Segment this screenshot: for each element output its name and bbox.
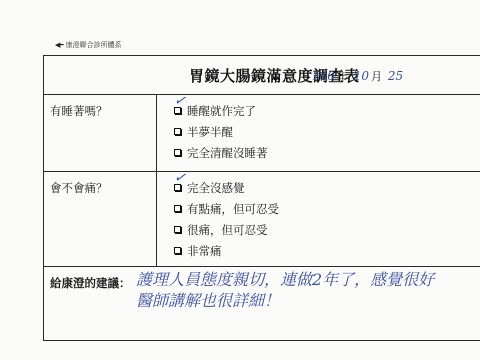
org-name: 康澄聯合診所體系	[66, 40, 122, 50]
column-divider	[156, 94, 157, 171]
option-label: 非常痛	[187, 243, 222, 259]
date-day-value[interactable]: 25	[388, 69, 403, 83]
option-item[interactable]: 非常痛	[174, 240, 279, 261]
question-label: 會不會痛？	[50, 180, 108, 196]
suggestion-row: 給康澄的建議： 護理人員態度親切，連做2年了，感覺很好 醫師講解也很詳細！	[44, 266, 480, 342]
option-label: 很痛，但可忍受	[187, 222, 268, 238]
option-label: 完全沒感覺	[187, 180, 245, 196]
options-list: ✓ 完全沒感覺 有點痛，但可忍受 很痛，但可忍受 非常痛	[174, 177, 279, 261]
option-label: 半夢半醒	[187, 124, 233, 140]
option-item[interactable]: 半夢半醒	[174, 121, 268, 142]
option-item[interactable]: 有點痛，但可忍受	[174, 198, 279, 219]
checkbox[interactable]	[174, 205, 181, 212]
date-year-unit: 年	[337, 70, 348, 83]
checkbox[interactable]	[174, 247, 181, 254]
check-mark-icon: ✓	[173, 92, 187, 109]
left-arrow-icon: ◀━	[55, 41, 63, 49]
checkbox[interactable]	[174, 149, 181, 156]
column-divider	[156, 171, 157, 266]
suggestion-line: 護理人員態度親切，連做2年了，感覺很好	[136, 269, 434, 290]
option-label: 睡醒就作完了	[187, 103, 256, 119]
suggestion-label: 給康澄的建議：	[50, 275, 131, 291]
date-month-value[interactable]: 10	[354, 69, 369, 83]
option-item[interactable]: ✓ 完全沒感覺	[174, 177, 279, 198]
option-item[interactable]: ✓ 睡醒就作完了	[174, 100, 268, 121]
option-label: 完全清醒沒睡著	[187, 145, 268, 161]
option-label: 有點痛，但可忍受	[187, 201, 279, 217]
suggestion-line: 醫師講解也很詳細！	[136, 290, 434, 311]
title-row: 胃鏡大腸鏡滿意度調查表 110年 10月 25	[44, 56, 480, 95]
question-row-sleep: 有睡著嗎？ ✓ 睡醒就作完了 半夢半醒 完全清醒沒睡著	[44, 94, 480, 172]
survey-form: 胃鏡大腸鏡滿意度調查表 110年 10月 25 有睡著嗎？ ✓ 睡醒就作完了 半…	[43, 55, 480, 341]
date-year-value[interactable]: 110	[312, 69, 335, 83]
question-label: 有睡著嗎？	[50, 103, 108, 119]
options-list: ✓ 睡醒就作完了 半夢半醒 完全清醒沒睡著	[174, 100, 268, 163]
date-month-unit: 月	[371, 70, 382, 83]
option-item[interactable]: 完全清醒沒睡著	[174, 142, 268, 163]
checkbox[interactable]	[174, 226, 181, 233]
check-mark-icon: ✓	[173, 169, 187, 186]
org-header: ◀━ 康澄聯合診所體系	[55, 40, 122, 50]
suggestion-text[interactable]: 護理人員態度親切，連做2年了，感覺很好 醫師講解也很詳細！	[136, 269, 434, 311]
form-date: 110年 10月 25	[312, 68, 403, 84]
question-row-pain: 會不會痛？ ✓ 完全沒感覺 有點痛，但可忍受 很痛，但可忍受 非常痛	[44, 171, 480, 267]
option-item[interactable]: 很痛，但可忍受	[174, 219, 279, 240]
checkbox[interactable]	[174, 128, 181, 135]
